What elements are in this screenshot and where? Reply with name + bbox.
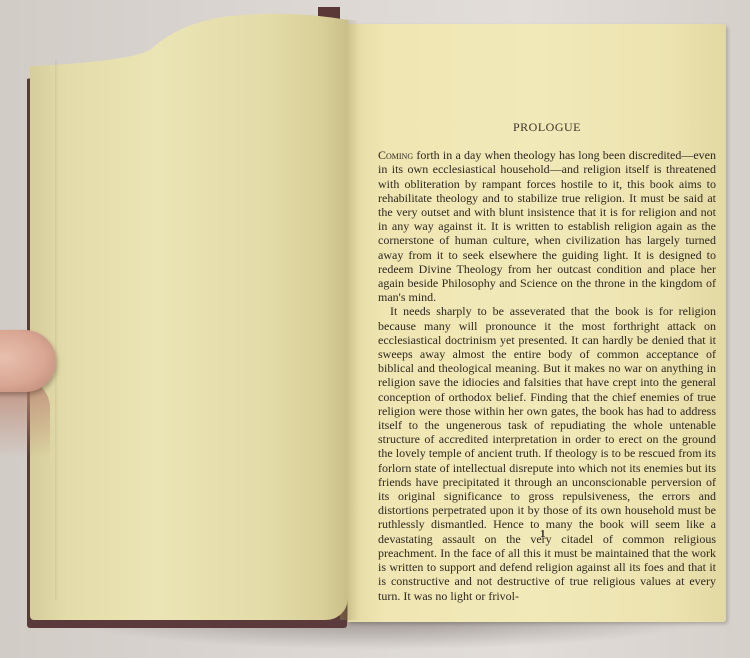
prologue-text: PROLOGUE Coming forth in a day when theo…: [378, 120, 716, 603]
left-page-blank[interactable]: [30, 10, 348, 620]
chapter-heading: PROLOGUE: [378, 120, 716, 134]
small-caps-lead: Coming: [378, 148, 413, 162]
paragraph-1: Coming forth in a day when theology has …: [378, 148, 716, 304]
left-page-edge: [55, 60, 58, 600]
page-number: 1: [540, 528, 546, 540]
paragraph-2: It needs sharply to be asseverated that …: [378, 304, 716, 602]
